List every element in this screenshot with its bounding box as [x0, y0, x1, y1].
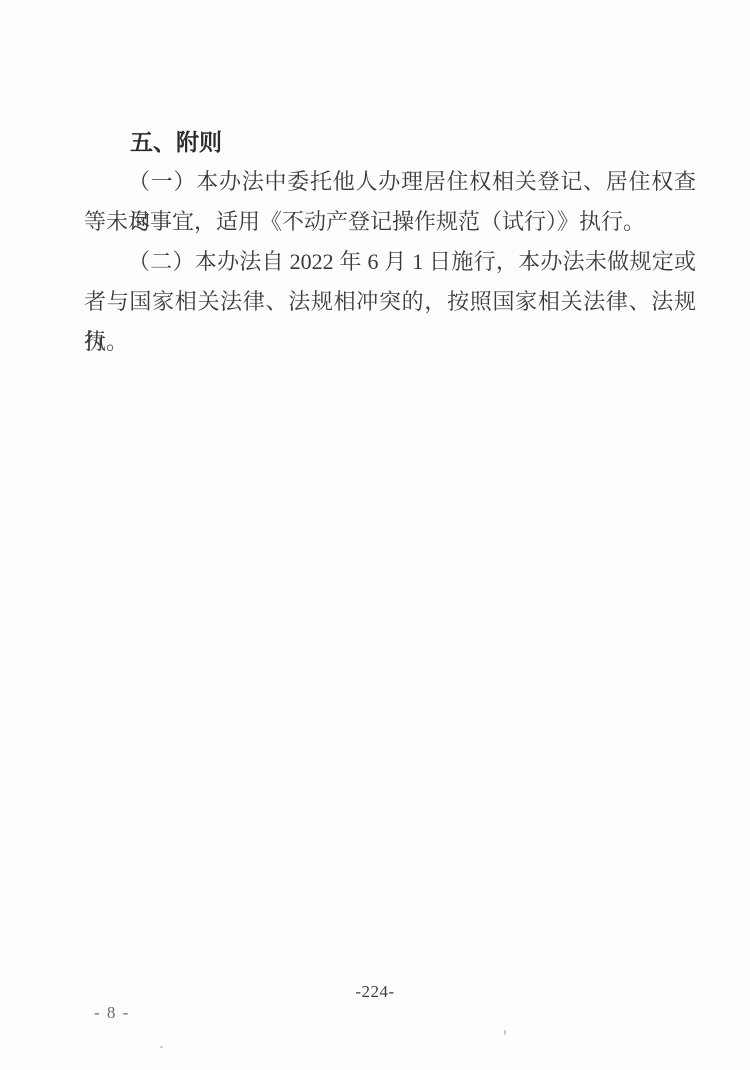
scan-speck [504, 1030, 506, 1035]
scan-speck [160, 1046, 163, 1048]
text-line: 者与国家相关法律、法规相冲突的，按照国家相关法律、法规执 [84, 282, 696, 322]
text-line: （一）本办法中委托他人办理居住权相关登记、居住权查询 [84, 162, 696, 202]
text-line: 行。 [84, 322, 696, 362]
document-page: 五、附则 （一）本办法中委托他人办理居住权相关登记、居住权查询等未尽事宜，适用《… [0, 0, 750, 1070]
section-heading: 五、附则 [130, 122, 696, 162]
page-number-inner: - 8 - [94, 1003, 130, 1023]
page-number-outer: -224- [0, 982, 750, 1002]
text-line: （二）本办法自 2022 年 6 月 1 日施行，本办法未做规定或 [84, 242, 696, 282]
paragraphs: （一）本办法中委托他人办理居住权相关登记、居住权查询等未尽事宜，适用《不动产登记… [84, 162, 696, 362]
text-line: 等未尽事宜，适用《不动产登记操作规范（试行）》执行。 [84, 202, 696, 242]
document-body: 五、附则 （一）本办法中委托他人办理居住权相关登记、居住权查询等未尽事宜，适用《… [84, 122, 696, 362]
